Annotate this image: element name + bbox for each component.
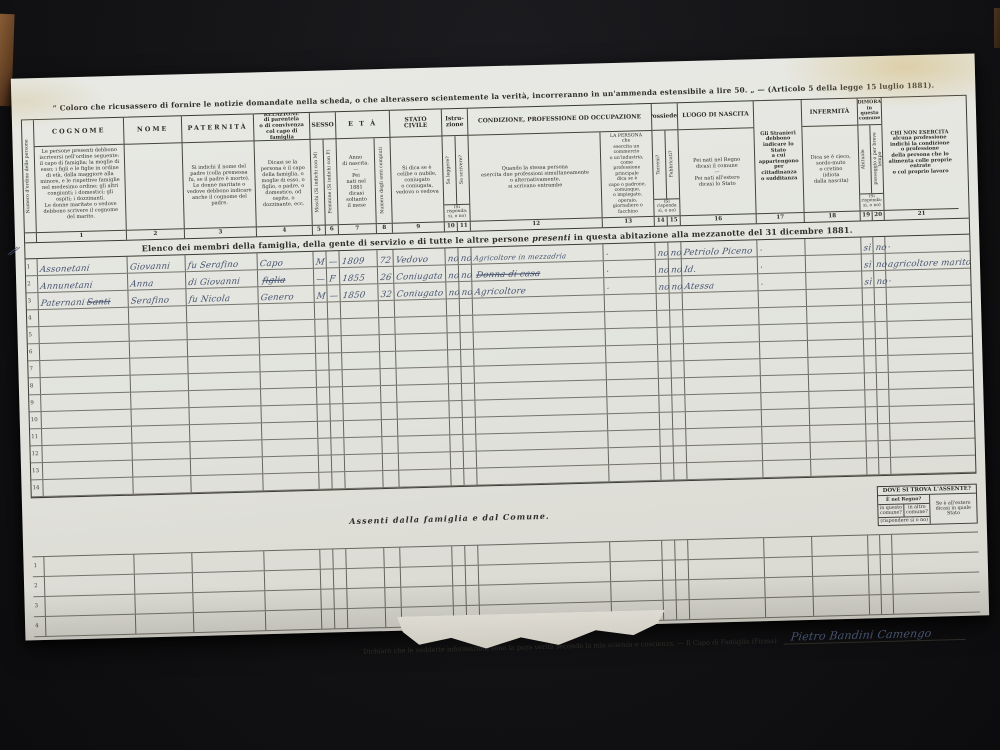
col-infermita-title: INFERMITÀ — [802, 99, 858, 127]
cell-f — [334, 569, 347, 588]
cell-abituale — [867, 441, 879, 457]
cell-paternita — [191, 474, 263, 492]
cell-terreni — [663, 581, 676, 600]
cell-capo_operaio — [607, 396, 659, 413]
cell-alimenta — [887, 303, 961, 321]
cell-luogo: Id. — [682, 257, 758, 275]
cell-stranieri — [761, 392, 809, 409]
cell-luogo — [685, 393, 761, 411]
cell-anni: 72 — [377, 250, 393, 266]
cell-scrive: no — [459, 282, 472, 298]
cell-stato — [401, 566, 453, 586]
cell-relazione: figlia — [258, 269, 314, 286]
cell-capo_operaio — [610, 541, 662, 561]
cell-stranieri — [765, 577, 813, 597]
cell-cognome: PaternaniSanti — [38, 291, 128, 309]
cell-cognome — [42, 427, 132, 445]
cell-stranieri — [759, 290, 807, 307]
col-luogo-desc: Pei nati nel Regno dicasi il comune — Pe… — [678, 128, 755, 215]
cell-abituale — [866, 424, 878, 440]
cell-condizione — [477, 465, 609, 484]
cell-occasionale — [876, 339, 888, 355]
col-cognome-desc: Le persone presenti debbono iscriversi n… — [35, 145, 126, 232]
cell-stranieri — [764, 537, 812, 557]
cell-cognome — [39, 325, 129, 343]
cell-scrive — [464, 469, 477, 485]
col-sesso-f: Femmine (Si indichi con F) — [327, 150, 334, 214]
cell-fabbricati — [676, 580, 689, 599]
cell-alimenta — [892, 533, 966, 554]
cell-scrive — [462, 367, 475, 383]
cell-stato — [397, 384, 449, 401]
col-eta-anno: Anno di nascita. — Pei nati nel 1881 dic… — [337, 138, 376, 224]
cell-m — [317, 405, 330, 421]
col-infermita: INFERMITÀ Dica se è cieco, sordo-muto o … — [802, 99, 861, 223]
cell-paternita: fu Serafino — [185, 253, 257, 271]
cell-cognome — [43, 478, 133, 496]
cell-infermita — [808, 340, 864, 357]
cell-anni — [383, 454, 399, 470]
cell-anno — [344, 420, 382, 437]
dove-box-nota: (rispondere sì o no) — [879, 516, 930, 525]
cell-scrive — [463, 435, 476, 451]
cell-paternita — [190, 440, 262, 458]
cell-capo_operaio — [608, 430, 660, 447]
cell-infermita — [806, 272, 862, 289]
cell-legge — [448, 333, 461, 349]
cell-m — [319, 473, 332, 489]
cell-nome — [131, 391, 189, 409]
cell-anni — [381, 369, 397, 385]
cell-stranieri — [760, 341, 808, 358]
cell-nome: Anna — [128, 272, 186, 290]
cell-f — [333, 549, 346, 568]
cell-anno — [347, 568, 385, 588]
scene-backdrop: ⁄⁄ “ Coloro che ricusassero di fornire l… — [0, 0, 1000, 750]
cell-anno — [343, 403, 381, 420]
cell-relazione — [259, 303, 315, 320]
cell-alimenta — [887, 320, 961, 338]
cell-occasionale — [875, 305, 887, 321]
cell-relazione — [265, 570, 321, 590]
cell-terreni — [663, 561, 676, 580]
cell-cognome — [46, 615, 136, 636]
cell-cognome — [42, 410, 132, 428]
cell-cognome: Assonetani — [38, 257, 128, 275]
cell-infermita — [811, 442, 867, 459]
col-luogo-title: LUOGO DI NASCITA — [678, 101, 754, 130]
cell-infermita — [809, 391, 865, 408]
cell-num: 11 — [30, 429, 42, 445]
cell-paternita — [189, 389, 261, 407]
cell-anni — [384, 548, 400, 567]
col-relazione: RELAZIONE di parentela o di convivenza c… — [254, 113, 313, 237]
cell-num: 14 — [31, 480, 43, 496]
cell-nome: Giovanni — [128, 255, 186, 273]
cell-alimenta — [891, 456, 965, 474]
cell-legge — [452, 546, 465, 565]
cell-occasionale — [880, 535, 892, 554]
cell-anno — [341, 301, 379, 318]
cell-scrive — [462, 384, 475, 400]
col-stranieri-title: Gli Stranieri debbono indicare lo Stato … — [754, 100, 804, 213]
col-cognome-title: COGNOME — [34, 118, 124, 147]
cell-occasionale: no — [874, 271, 886, 287]
cell-nome — [135, 593, 193, 614]
cell-nome — [135, 573, 193, 594]
cell-cognome — [40, 342, 130, 360]
cell-stato — [397, 401, 449, 418]
cell-anni — [381, 386, 397, 402]
cell-num: 3 — [33, 597, 45, 616]
cell-relazione: Capo — [257, 252, 313, 269]
cell-num: 2 — [26, 276, 38, 292]
cell-m: M — [314, 286, 327, 302]
cell-abituale: sì — [862, 254, 874, 270]
cell-scrive — [460, 299, 473, 315]
cell-fabbricati — [672, 378, 685, 394]
cell-cognome — [42, 444, 132, 462]
col-infermita-desc: Dica se è cieco, sordo-muto o cretino (i… — [802, 126, 859, 213]
subtitle-presenti: presenti — [529, 232, 574, 243]
cell-relazione — [262, 422, 318, 439]
cell-stato — [396, 333, 448, 350]
cell-stato — [400, 546, 452, 566]
col-paternita-title: PATERNITÀ — [182, 114, 254, 143]
cell-occasionale — [882, 595, 894, 614]
cell-f: F — [327, 268, 340, 284]
cell-m — [315, 303, 328, 319]
cell-stranieri — [760, 324, 808, 341]
cell-capo_operaio — [611, 561, 663, 581]
cell-alimenta — [893, 553, 967, 574]
cell-anni — [380, 335, 396, 351]
cell-luogo — [689, 578, 765, 599]
cell-paternita — [189, 406, 261, 424]
cell-luogo — [686, 410, 762, 428]
cell-infermita — [806, 255, 862, 272]
cell-occasionale — [879, 458, 891, 474]
cell-f — [332, 472, 345, 488]
cell-terreni: no — [656, 277, 669, 293]
cell-stato — [397, 367, 449, 384]
cell-terreni — [660, 430, 673, 446]
cell-scrive — [460, 316, 473, 332]
cell-fabbricati — [675, 540, 688, 559]
cell-abituale — [869, 555, 881, 574]
cell-nome — [132, 442, 190, 460]
cell-capo_operaio — [609, 464, 661, 481]
cell-num: 12 — [30, 446, 42, 462]
cell-m — [316, 337, 329, 353]
cell-num: 10 — [30, 412, 42, 428]
cell-legge — [450, 435, 463, 451]
cell-occasionale — [877, 373, 889, 389]
cell-anno — [342, 335, 380, 352]
cell-luogo: Atessa — [682, 274, 758, 292]
cell-alimenta — [890, 405, 964, 423]
cell-num: 4 — [34, 617, 46, 636]
cell-m: M — [313, 252, 326, 268]
cell-f — [334, 589, 347, 608]
cell-scrive — [466, 586, 479, 605]
cell-anni — [385, 588, 401, 607]
cell-m — [321, 590, 334, 609]
cell-terreni — [658, 328, 671, 344]
cell-alimenta — [891, 439, 965, 457]
head-of-family-signature: Pietro Bandini Camengo — [784, 627, 968, 645]
cell-num: 5 — [27, 327, 39, 343]
cell-capo_operaio: · — [604, 277, 656, 294]
cell-relazione — [261, 371, 317, 388]
cell-alimenta — [889, 371, 963, 389]
col-sesso-title: SESSO — [310, 112, 336, 140]
cell-anno: 1850 — [340, 284, 378, 301]
cell-alimenta — [887, 286, 961, 304]
col-relazione-desc: Dicasi se la persona è il capo della fam… — [255, 140, 312, 227]
cell-anno — [346, 548, 384, 568]
cell-occasionale — [875, 322, 887, 338]
cell-m — [316, 354, 329, 370]
cell-nome — [133, 476, 191, 494]
cell-terreni — [661, 464, 674, 480]
cell-luogo: Petriolo Piceno — [681, 240, 757, 258]
cell-f — [335, 609, 348, 628]
cell-stato — [398, 435, 450, 452]
cell-terreni — [661, 447, 674, 463]
cell-m — [318, 422, 331, 438]
cell-abituale — [868, 535, 880, 554]
cell-luogo — [687, 461, 763, 479]
cell-relazione — [261, 388, 317, 405]
cell-infermita — [808, 323, 864, 340]
cell-fabbricati — [674, 463, 687, 479]
cell-num: 3 — [26, 293, 38, 309]
cell-cognome — [40, 359, 130, 377]
cell-m — [319, 456, 332, 472]
cell-infermita — [805, 238, 861, 255]
cell-nome — [136, 613, 194, 634]
cell-relazione — [262, 439, 318, 456]
cell-legge: no — [445, 248, 458, 264]
cell-m — [321, 570, 334, 589]
cell-capo_operaio: · — [603, 243, 655, 260]
cell-anno — [341, 318, 379, 335]
cell-stato — [395, 316, 447, 333]
cell-luogo — [687, 444, 763, 462]
cell-paternita — [192, 551, 264, 572]
cell-terreni — [658, 362, 671, 378]
cell-cognome — [41, 393, 131, 411]
cell-stranieri — [762, 409, 810, 426]
col-stato-title: STATO CIVILE — [390, 109, 442, 137]
dove-box-altro-comune: in altro comune? — [904, 504, 929, 517]
cell-nome — [133, 459, 191, 477]
cell-legge — [451, 452, 464, 468]
cell-terreni: no — [656, 260, 669, 276]
col-sesso: SESSO Maschi (Si indichi con M) Femmine … — [310, 112, 339, 235]
cell-anni — [380, 352, 396, 368]
cell-terreni — [662, 541, 675, 560]
cell-fabbricati: no — [669, 259, 682, 275]
cell-m — [318, 439, 331, 455]
cell-stranieri: · — [758, 273, 806, 290]
cell-fabbricati — [673, 412, 686, 428]
cell-alimenta — [894, 593, 968, 614]
cell-occasionale — [876, 356, 888, 372]
col-paternita-desc: Si indichi il nome del padre (colla prem… — [183, 141, 256, 228]
cell-scrive — [461, 333, 474, 349]
cell-infermita — [807, 306, 863, 323]
cell-nome — [132, 425, 190, 443]
cell-anno — [344, 437, 382, 454]
cell-f — [329, 336, 342, 352]
dove-box-estero: Se è all'estero dicasi in quale Stato — [930, 494, 977, 524]
cell-capo_operaio — [606, 328, 658, 345]
cell-abituale — [867, 458, 879, 474]
cell-anni — [379, 318, 395, 334]
cell-anno: 1809 — [339, 250, 377, 267]
cell-occasionale: no — [874, 254, 886, 270]
cell-num: 2 — [33, 577, 45, 596]
cell-paternita — [191, 457, 263, 475]
cell-paternita — [193, 571, 265, 592]
cell-occasionale — [878, 407, 890, 423]
cell-relazione — [265, 590, 321, 610]
cell-f — [328, 302, 341, 318]
cell-f — [331, 421, 344, 437]
cell-infermita — [810, 425, 866, 442]
col-stato-desc: Si dica se è celibe o nubile, coniugato … — [390, 136, 443, 222]
cell-relazione — [266, 610, 322, 630]
cell-capo_operaio — [608, 413, 660, 430]
cell-occasionale — [881, 555, 893, 574]
cell-stranieri — [760, 358, 808, 375]
cell-paternita — [187, 321, 259, 339]
col-num-label: Numero d'ordine delle persone — [25, 139, 32, 213]
cell-paternita: fu Nicola — [186, 287, 258, 305]
cell-terreni: no — [655, 243, 668, 259]
col-terreni: Terreni? — [657, 155, 662, 175]
cell-alimenta — [888, 354, 962, 372]
cell-f — [330, 370, 343, 386]
cell-legge — [449, 367, 462, 383]
cell-nome — [130, 357, 188, 375]
col-stato-civile: STATO CIVILE Si dica se è celibe o nubil… — [390, 109, 445, 232]
col-nome-desc — [125, 143, 184, 230]
cell-luogo — [684, 342, 760, 360]
census-sheet: ⁄⁄ “ Coloro che ricusassero di fornire l… — [11, 53, 989, 640]
cell-stato — [399, 469, 451, 486]
col-sesso-m: Maschi (Si indichi con M) — [314, 152, 321, 213]
cell-m — [320, 550, 333, 569]
cell-capo_operaio: · — [604, 260, 656, 277]
col-paternita: PATERNITÀ Si indichi il nome del padre (… — [182, 114, 257, 238]
cell-legge — [447, 316, 460, 332]
cell-scrive: no — [458, 248, 471, 264]
cell-cognome — [44, 555, 134, 576]
cell-stranieri — [763, 443, 811, 460]
cell-nome — [129, 306, 187, 324]
cell-legge — [448, 350, 461, 366]
cell-stato — [396, 350, 448, 367]
cell-abituale: sì — [861, 237, 873, 253]
col-possiede-nota: (Si risponda sì, o no) — [654, 198, 679, 216]
col-eta-anni: Numero degli anni compiuti — [380, 147, 387, 214]
col-fabbricati: Fabbricati? — [669, 151, 675, 178]
cell-infermita — [810, 408, 866, 425]
cell-fabbricati — [672, 395, 685, 411]
cell-anni: 26 — [378, 267, 394, 283]
cell-num: 1 — [26, 259, 38, 275]
col-istruzione-nota: (Si risponda: sì, o no) — [444, 203, 469, 221]
cell-infermita — [814, 596, 870, 616]
cell-legge — [453, 586, 466, 605]
cell-m — [317, 388, 330, 404]
col-eta: E T À Anno di nascita. — Pei nati nel 18… — [336, 111, 393, 234]
cell-fabbricati: no — [668, 242, 681, 258]
cell-paternita — [187, 304, 259, 322]
col-occasionale: Occasionale, cioè di passaggio o per bre… — [870, 125, 883, 193]
cell-legge — [453, 566, 466, 585]
col-condizione-desc: Quando la stessa persona esercita due pr… — [468, 132, 601, 220]
cell-capo_operaio — [611, 581, 663, 601]
col-chi-non-esercita: CHI NON ESERCITA alcuna professione indi… — [882, 96, 959, 220]
col-cognome: COGNOME Le persone presenti debbono iscr… — [34, 118, 127, 242]
col-condizione: CONDIZIONE, PROFESSIONE OD OCCUPAZIONE Q… — [468, 104, 655, 231]
cell-abituale — [866, 407, 878, 423]
cell-stato — [399, 452, 451, 469]
cell-luogo — [686, 427, 762, 445]
cell-terreni — [658, 345, 671, 361]
cell-abituale — [864, 339, 876, 355]
cell-f — [331, 438, 344, 454]
cell-stato — [398, 418, 450, 435]
col-stranieri: Gli Stranieri debbono indicare lo Stato … — [754, 100, 805, 223]
cell-infermita — [807, 289, 863, 306]
cell-nome — [132, 408, 190, 426]
cell-f — [330, 404, 343, 420]
census-table: Numero d'ordine delle persone COGNOME Le… — [21, 95, 977, 499]
cell-paternita — [189, 372, 261, 390]
cell-f — [330, 387, 343, 403]
cell-luogo — [683, 291, 759, 309]
cell-alimenta — [888, 337, 962, 355]
cell-alimenta: · — [886, 269, 960, 287]
cell-occasionale — [881, 575, 893, 594]
cell-fabbricati — [671, 327, 684, 343]
cell-relazione — [259, 320, 315, 337]
cell-fabbricati — [670, 310, 683, 326]
cell-stato — [401, 586, 453, 606]
cell-nome — [129, 323, 187, 341]
cell-scrive — [463, 418, 476, 434]
cell-stranieri — [763, 460, 811, 477]
cell-luogo — [688, 538, 764, 559]
cell-cognome — [45, 595, 135, 616]
cell-alimenta: agricoltore marito — [886, 252, 960, 270]
cell-capo_operaio — [609, 447, 661, 464]
cell-relazione — [260, 337, 316, 354]
wood-table-edge-right — [994, 8, 1000, 48]
cell-infermita — [813, 576, 869, 596]
cell-stato: Coniugata — [394, 265, 446, 282]
cell-luogo — [683, 308, 759, 326]
cell-m — [315, 320, 328, 336]
cell-occasionale — [879, 441, 891, 457]
cell-condizione — [479, 562, 611, 584]
cell-f — [332, 455, 345, 471]
